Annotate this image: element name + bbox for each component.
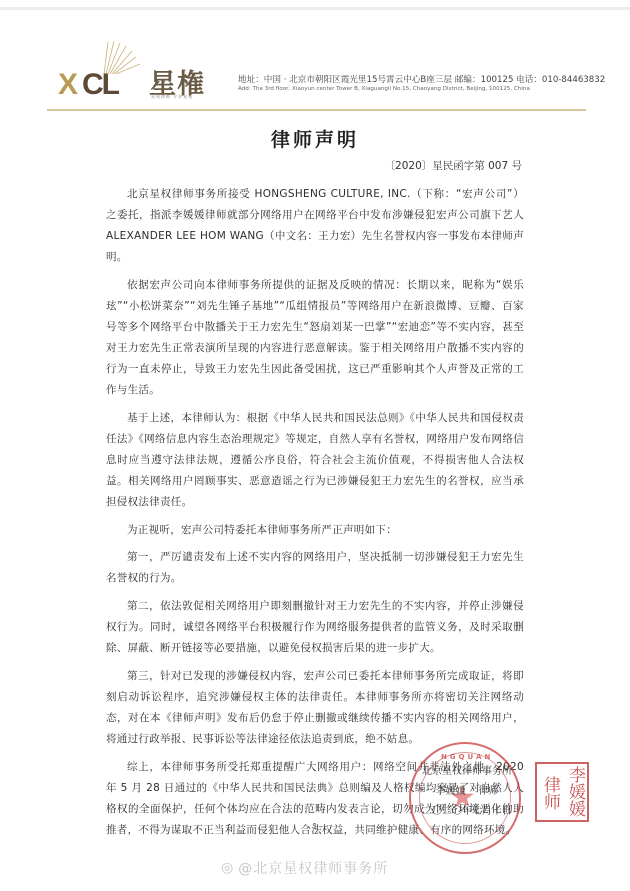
signature-block: 北京星权律师事务所 李媛媛 律师 二〇二〇年七月十日 [412,762,522,822]
address-chinese: 地址：中国 · 北京市朝阳区霞光里15号霄云中心B座三层 邮编：100125 电… [238,73,605,85]
paragraph-first: 第一，严厉谴责发布上述不实内容的网络用户，坚决抵制一切涉嫌侵犯王力宏先生名誉权的… [106,547,524,589]
paragraph-legal-basis: 基于上述，本律师认为：根据《中华人民共和国民法总则》《中华人民共和国侵权责任法》… [106,408,524,513]
paragraph-declaration: 为正视听，宏声公司特委托本律师事务所严正声明如下： [106,520,524,541]
paragraph-third: 第三，针对已发现的涉嫌侵权内容，宏声公司已委托本律师事务所完成取证，将即刻启动诉… [106,666,524,750]
seal-ring-text: NGQUAN [441,753,493,761]
logo-x: X [58,68,77,102]
document-title: 律师声明 [0,125,630,152]
paragraph-facts: 依据宏声公司向本律师事务所提供的证据及反映的情况：长期以来，昵称为“娱乐玹”“小… [106,275,524,401]
top-border [0,7,630,10]
logo-cl: CL [82,68,118,102]
logo-tagline: 星权律师 守护星权 [151,94,193,100]
watermark-text: @北京星权律师事务所 [238,858,388,878]
seal-name: 李媛媛 [565,766,584,817]
signature-lawyer: 李媛媛 律师 [412,782,522,802]
signature-date: 二〇二〇年七月十日 [412,802,522,822]
address-english: Add: The 3rd floor, Xiaoyun center Tower… [238,86,530,92]
weibo-icon: ◎ [221,860,234,876]
page-number: - 1 - [0,822,630,831]
firm-logo: X CL 星権 星权律师 守护星权 [52,40,242,98]
letterhead: X CL 星権 星权律师 守护星权 地址：中国 · 北京市朝阳区霞光里15号霄云… [52,40,587,98]
header-divider [47,109,586,111]
seal-title: 律师 [540,776,559,810]
paragraph-second: 第二，依法敦促相关网络用户即刻删撤针对王力宏先生的不实内容，并停止涉嫌侵权行为。… [106,596,524,659]
document-number: 〔2020〕星民函字第 007 号 [385,158,522,173]
paragraph-intro: 北京星权律师事务所接受 HONGSHENG CULTURE, INC.（下称：“… [106,184,524,268]
square-seal: 李媛媛 律师 [535,762,589,822]
signature-firm: 北京星权律师事务所 [412,762,522,782]
weibo-watermark: ◎ @北京星权律师事务所 [221,858,388,878]
